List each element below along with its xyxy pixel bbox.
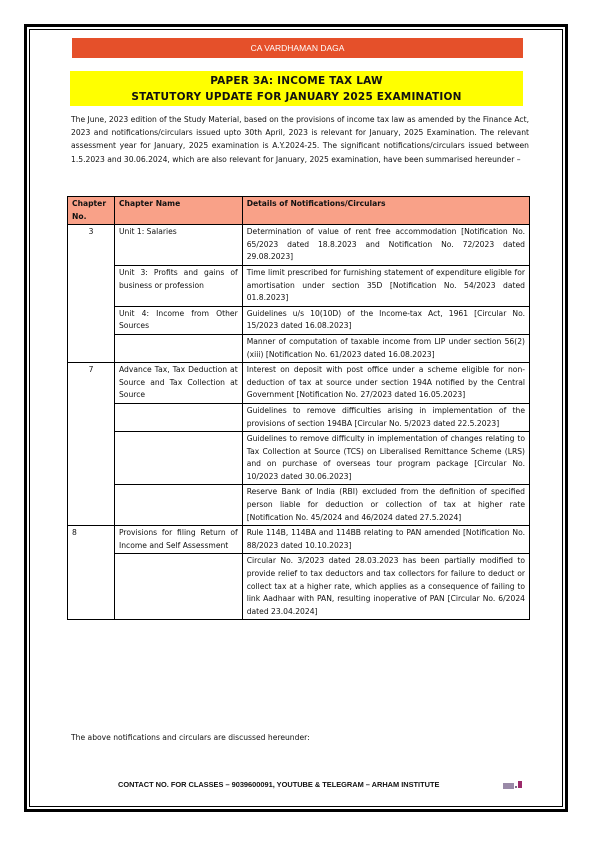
chapter-no-cell	[68, 334, 115, 362]
chapter-name-cell	[114, 554, 242, 620]
chapter-name-cell	[114, 432, 242, 485]
footer-contact: CONTACT NO. FOR CLASSES – 9039600091, YO…	[118, 780, 439, 789]
chapter-name-cell: Unit 3: Profits and gains of business or…	[114, 265, 242, 306]
chapter-name-cell: Advance Tax, Tax Deduction at Source and…	[114, 363, 242, 404]
chapter-name-cell: Provisions for filing Return of Income a…	[114, 526, 242, 554]
chapter-no-cell: 7	[68, 363, 115, 404]
table-row: Guidelines to remove difficulties arisin…	[68, 403, 530, 431]
details-cell: Manner of computation of taxable income …	[242, 334, 529, 362]
table-row: Guidelines to remove difficulty in imple…	[68, 432, 530, 485]
details-cell: Guidelines to remove difficulties arisin…	[242, 403, 529, 431]
header-chapter-name: Chapter Name	[114, 197, 242, 225]
chapter-no-cell	[68, 265, 115, 306]
table-header-row: Chapter No. Chapter Name Details of Noti…	[68, 197, 530, 225]
table-row: 7 Advance Tax, Tax Deduction at Source a…	[68, 363, 530, 404]
chapter-no-cell	[68, 432, 115, 485]
details-cell: Circular No. 3/2023 dated 28.03.2023 has…	[242, 554, 529, 620]
chapter-no-cell	[68, 306, 115, 334]
chapter-no-cell	[68, 403, 115, 431]
table-row: Unit 3: Profits and gains of business or…	[68, 265, 530, 306]
table-row: Reserve Bank of India (RBI) excluded fro…	[68, 485, 530, 526]
table-row: Unit 4: Income from Other Sources Guidel…	[68, 306, 530, 334]
updates-table: Chapter No. Chapter Name Details of Noti…	[67, 196, 530, 620]
details-cell: Determination of value of rent free acco…	[242, 225, 529, 266]
header-details: Details of Notifications/Circulars	[242, 197, 529, 225]
title-line-2: STATUTORY UPDATE FOR JANUARY 2025 EXAMIN…	[70, 89, 523, 105]
details-cell: Rule 114B, 114BA and 114BB relating to P…	[242, 526, 529, 554]
chapter-name-cell	[114, 334, 242, 362]
author-banner: CA VARDHAMAN DAGA	[72, 38, 523, 58]
table-row: 8 Provisions for filing Return of Income…	[68, 526, 530, 554]
chapter-name-cell	[114, 485, 242, 526]
chapter-no-cell: 3	[68, 225, 115, 266]
details-cell: Reserve Bank of India (RBI) excluded fro…	[242, 485, 529, 526]
title-line-1: PAPER 3A: INCOME TAX LAW	[70, 73, 523, 89]
chapter-no-cell: 8	[68, 526, 115, 554]
chapter-no-cell	[68, 554, 115, 620]
chapter-no-cell	[68, 485, 115, 526]
table-row: 3 Unit 1: Salaries Determination of valu…	[68, 225, 530, 266]
institute-logo-icon	[503, 781, 523, 790]
chapter-name-cell: Unit 1: Salaries	[114, 225, 242, 266]
details-cell: Guidelines u/s 10(10D) of the Income-tax…	[242, 306, 529, 334]
intro-paragraph: The June, 2023 edition of the Study Mate…	[71, 113, 529, 166]
document-title: PAPER 3A: INCOME TAX LAW STATUTORY UPDAT…	[70, 71, 523, 106]
details-cell: Time limit prescribed for furnishing sta…	[242, 265, 529, 306]
chapter-name-cell: Unit 4: Income from Other Sources	[114, 306, 242, 334]
chapter-name-cell	[114, 403, 242, 431]
table-row: Circular No. 3/2023 dated 28.03.2023 has…	[68, 554, 530, 620]
header-chapter-no: Chapter No.	[68, 197, 115, 225]
details-cell: Guidelines to remove difficulty in imple…	[242, 432, 529, 485]
closing-text: The above notifications and circulars ar…	[71, 733, 310, 742]
details-cell: Interest on deposit with post office und…	[242, 363, 529, 404]
table-row: Manner of computation of taxable income …	[68, 334, 530, 362]
